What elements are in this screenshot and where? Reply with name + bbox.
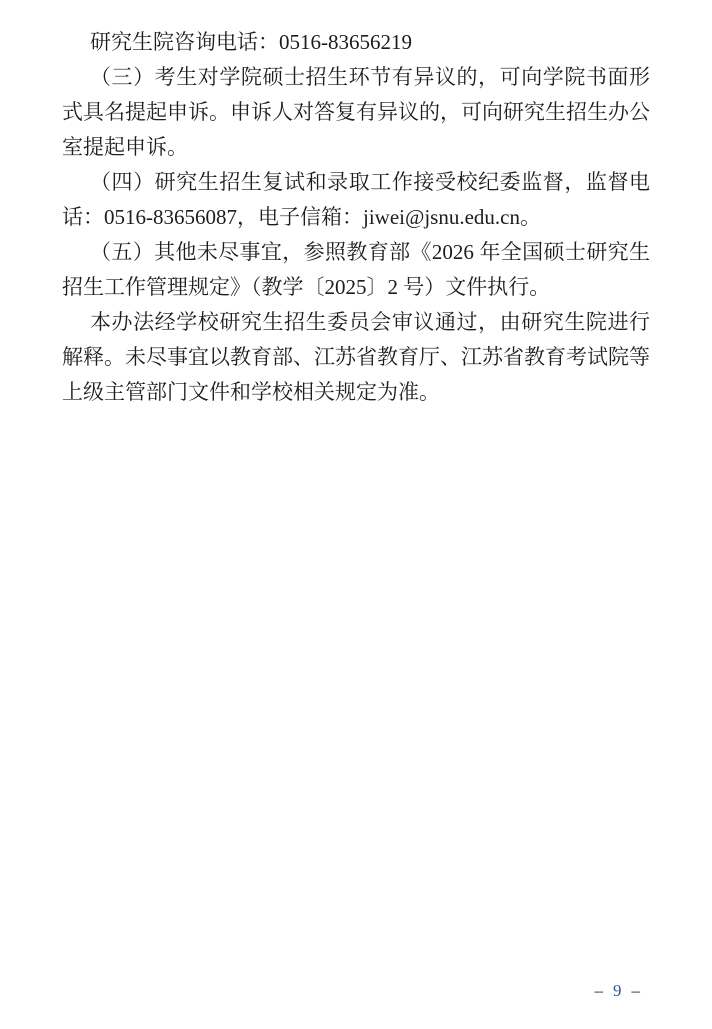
paragraph-item-3-appeal: （三）考生对学院硕士招生环节有异议的，可向学院书面形式具名提起申诉。申诉人对答复…: [62, 60, 650, 165]
paragraph-item-5-regulations: （五）其他未尽事宜，参照教育部《2026 年全国硕士研究生招生工作管理规定》（教…: [62, 235, 650, 305]
document-body: 研究生院咨询电话：0516-83656219 （三）考生对学院硕士招生环节有异议…: [62, 25, 650, 410]
footer-dash-left: –: [595, 982, 604, 999]
document-page: 研究生院咨询电话：0516-83656219 （三）考生对学院硕士招生环节有异议…: [0, 0, 712, 1029]
paragraph-item-4-supervision: （四）研究生招生复试和录取工作接受校纪委监督，监督电话：0516-8365608…: [62, 165, 650, 235]
page-number-footer: – 9 –: [595, 982, 641, 999]
page-number: 9: [613, 982, 622, 999]
paragraph-grad-school-phone: 研究生院咨询电话：0516-83656219: [62, 25, 650, 60]
footer-dash-right: –: [632, 982, 641, 999]
paragraph-closing-interpretation: 本办法经学校研究生招生委员会审议通过，由研究生院进行解释。未尽事宜以教育部、江苏…: [62, 305, 650, 410]
